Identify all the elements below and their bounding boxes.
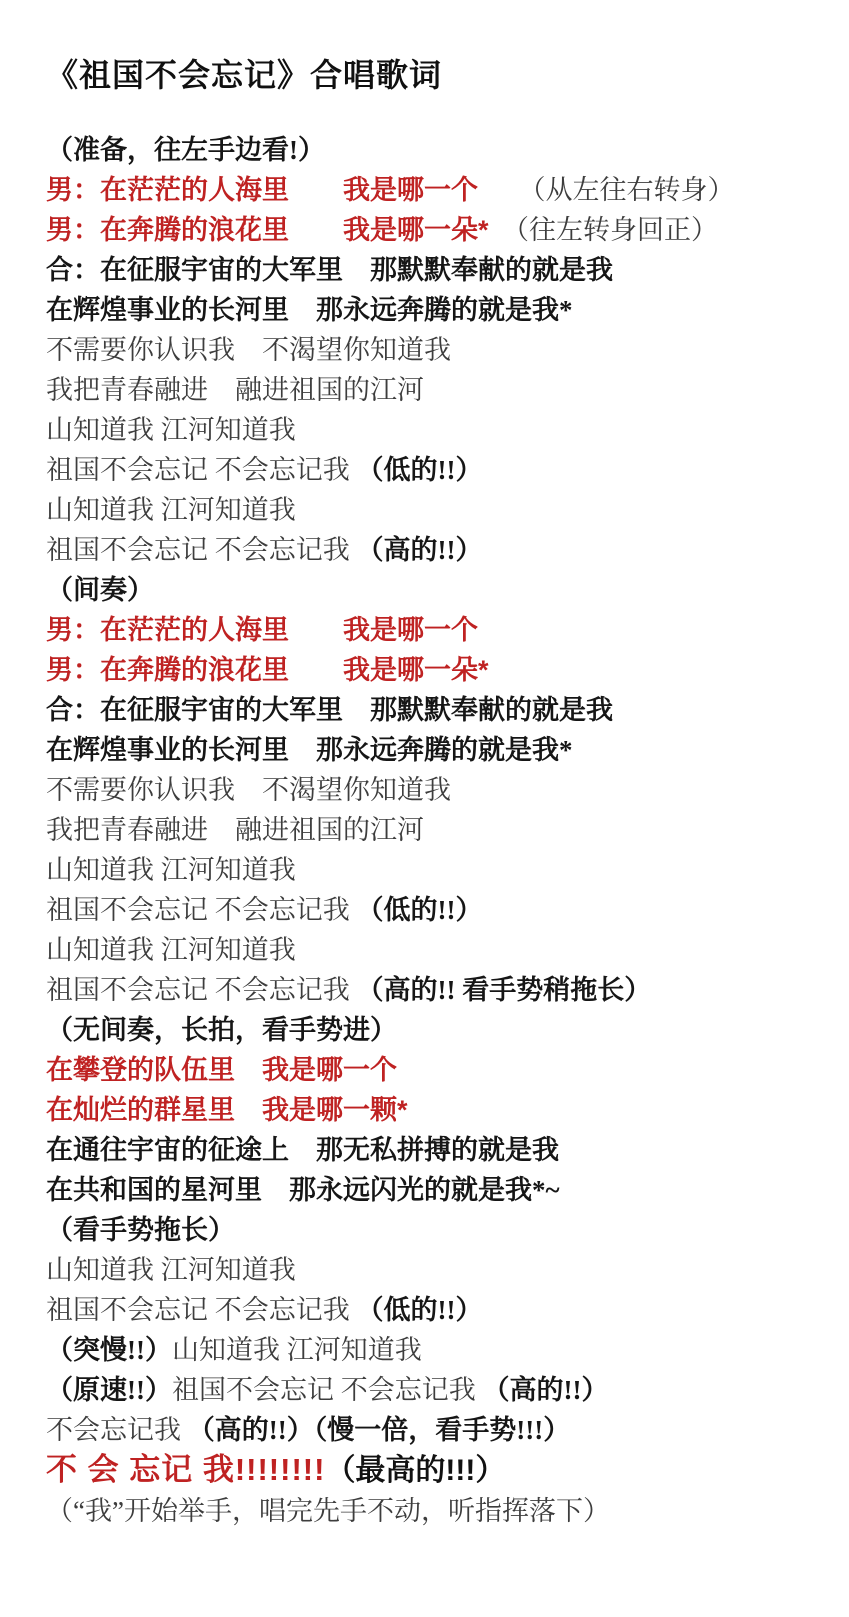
lyric-segment: 不需要你认识我 不渴望你知道我 bbox=[46, 775, 451, 805]
lyric-line: 我把青春融进 融进祖国的江河 bbox=[46, 370, 819, 410]
lyric-segment: 山知道我 江河知道我 bbox=[46, 1255, 296, 1285]
lyric-line: 合：在征服宇宙的大军里 那默默奉献的就是我 bbox=[46, 690, 819, 730]
lyric-line: 山知道我 江河知道我 bbox=[46, 490, 819, 530]
lyric-line: 男：在茫茫的人海里 我是哪一个 bbox=[46, 610, 819, 650]
lyric-segment: （低的!!） bbox=[357, 455, 483, 485]
lyric-line: 山知道我 江河知道我 bbox=[46, 1250, 819, 1290]
lyric-segment: 在辉煌事业的长河里 那永远奔腾的就是我* bbox=[46, 295, 573, 325]
lyric-segment: （从左往右转身） bbox=[478, 175, 735, 205]
lyric-segment: 合：在征服宇宙的大军里 那默默奉献的就是我 bbox=[46, 255, 613, 285]
lyric-segment: 男：在茫茫的人海里 我是哪一个 bbox=[46, 615, 478, 645]
lyric-segment: 祖国不会忘记 不会忘记我 bbox=[46, 535, 357, 565]
lyric-line: 我把青春融进 融进祖国的江河 bbox=[46, 810, 819, 850]
lyric-segment: 山知道我 江河知道我 bbox=[46, 495, 296, 525]
lyric-segment: 山知道我 江河知道我 bbox=[46, 415, 296, 445]
lyric-segment: 男：在茫茫的人海里 我是哪一个 bbox=[46, 175, 478, 205]
lyric-line: 祖国不会忘记 不会忘记我 （高的!!） bbox=[46, 530, 819, 570]
lyric-segment: （高的!!） bbox=[482, 1375, 608, 1405]
lyric-segment: 在辉煌事业的长河里 那永远奔腾的就是我* bbox=[46, 735, 573, 765]
lyric-line: 山知道我 江河知道我 bbox=[46, 930, 819, 970]
lyric-line: （看手势拖长） bbox=[46, 1210, 819, 1250]
lyric-line: 在辉煌事业的长河里 那永远奔腾的就是我* bbox=[46, 730, 819, 770]
lyric-segment: 祖国不会忘记 不会忘记我 bbox=[46, 455, 357, 485]
lyrics-body: （准备，往左手边看!）男：在茫茫的人海里 我是哪一个 （从左往右转身）男：在奔腾… bbox=[46, 130, 819, 1531]
lyrics-page: 《祖国不会忘记》合唱歌词 （准备，往左手边看!）男：在茫茫的人海里 我是哪一个 … bbox=[0, 0, 849, 1531]
lyric-segment: （往左转身回正） bbox=[489, 215, 719, 245]
lyric-segment: （准备，往左手边看!） bbox=[46, 135, 325, 165]
lyric-segment: （间奏） bbox=[46, 575, 154, 605]
lyric-segment: （高的!!）（慢一倍，看手势!!!） bbox=[188, 1415, 570, 1445]
lyric-line: （“我”开始举手，唱完先手不动，听指挥落下） bbox=[46, 1491, 819, 1531]
lyric-line: （无间奏，长拍，看手势进） bbox=[46, 1010, 819, 1050]
lyric-segment: 在灿烂的群星里 我是哪一颗* bbox=[46, 1095, 408, 1125]
lyric-segment: 不会忘记我 bbox=[46, 1415, 188, 1445]
lyric-line: 祖国不会忘记 不会忘记我 （低的!!） bbox=[46, 450, 819, 490]
lyric-line: 在灿烂的群星里 我是哪一颗* bbox=[46, 1090, 819, 1130]
lyric-segment: （低的!!） bbox=[357, 1295, 483, 1325]
lyric-segment: （原速!!） bbox=[46, 1375, 172, 1405]
lyric-segment: （最高的!!!） bbox=[325, 1454, 505, 1487]
lyric-segment: 山知道我 江河知道我 bbox=[46, 935, 296, 965]
lyric-segment: 不需要你认识我 不渴望你知道我 bbox=[46, 335, 451, 365]
lyric-line: （突慢!!）山知道我 江河知道我 bbox=[46, 1330, 819, 1370]
lyric-segment: （高的!! 看手势稍拖长） bbox=[357, 975, 652, 1005]
lyric-segment: 在共和国的星河里 那永远闪光的就是我*~ bbox=[46, 1175, 560, 1205]
lyric-line: 男：在茫茫的人海里 我是哪一个 （从左往右转身） bbox=[46, 170, 819, 210]
lyric-segment: 我把青春融进 融进祖国的江河 bbox=[46, 375, 424, 405]
lyric-segment: 山知道我 江河知道我 bbox=[46, 855, 296, 885]
lyric-segment: 山知道我 江河知道我 bbox=[172, 1335, 422, 1365]
page-title: 《祖国不会忘记》合唱歌词 bbox=[46, 50, 819, 96]
lyric-segment: （高的!!） bbox=[357, 535, 483, 565]
lyric-line: 在攀登的队伍里 我是哪一个 bbox=[46, 1050, 819, 1090]
lyric-line: 祖国不会忘记 不会忘记我 （低的!!） bbox=[46, 1290, 819, 1330]
lyric-segment: 在通往宇宙的征途上 那无私拼搏的就是我 bbox=[46, 1135, 559, 1165]
lyric-segment: 祖国不会忘记 不会忘记我 bbox=[46, 1295, 357, 1325]
lyric-segment: （“我”开始举手，唱完先手不动，听指挥落下） bbox=[46, 1496, 610, 1526]
lyric-segment: 男：在奔腾的浪花里 我是哪一朵* bbox=[46, 215, 489, 245]
lyric-line: （间奏） bbox=[46, 570, 819, 610]
lyric-line: （原速!!）祖国不会忘记 不会忘记我 （高的!!） bbox=[46, 1370, 819, 1410]
lyric-line: 男：在奔腾的浪花里 我是哪一朵* （往左转身回正） bbox=[46, 210, 819, 250]
lyric-line: 合：在征服宇宙的大军里 那默默奉献的就是我 bbox=[46, 250, 819, 290]
lyric-line: （准备，往左手边看!） bbox=[46, 130, 819, 170]
lyric-line: 不需要你认识我 不渴望你知道我 bbox=[46, 770, 819, 810]
lyric-segment: 在攀登的队伍里 我是哪一个 bbox=[46, 1055, 397, 1085]
lyric-line: 山知道我 江河知道我 bbox=[46, 850, 819, 890]
lyric-line: 在共和国的星河里 那永远闪光的就是我*~ bbox=[46, 1170, 819, 1210]
lyric-segment: （无间奏，长拍，看手势进） bbox=[46, 1015, 397, 1045]
lyric-segment: 我把青春融进 融进祖国的江河 bbox=[46, 815, 424, 845]
lyric-segment: （低的!!） bbox=[357, 895, 483, 925]
lyric-segment: 祖国不会忘记 不会忘记我 bbox=[46, 975, 357, 1005]
lyric-line: 祖国不会忘记 不会忘记我 （高的!! 看手势稍拖长） bbox=[46, 970, 819, 1010]
lyric-segment: 男：在奔腾的浪花里 我是哪一朵* bbox=[46, 655, 489, 685]
lyric-line: 山知道我 江河知道我 bbox=[46, 410, 819, 450]
lyric-segment: （突慢!!） bbox=[46, 1335, 172, 1365]
lyric-line: 不需要你认识我 不渴望你知道我 bbox=[46, 330, 819, 370]
lyric-segment: 不 会 忘记 我!!!!!!!! bbox=[46, 1452, 325, 1487]
lyric-line: 不 会 忘记 我!!!!!!!!（最高的!!!） bbox=[46, 1450, 819, 1491]
lyric-line: 不会忘记我 （高的!!）（慢一倍，看手势!!!） bbox=[46, 1410, 819, 1450]
lyric-line: 在通往宇宙的征途上 那无私拼搏的就是我 bbox=[46, 1130, 819, 1170]
lyric-line: 在辉煌事业的长河里 那永远奔腾的就是我* bbox=[46, 290, 819, 330]
lyric-line: 男：在奔腾的浪花里 我是哪一朵* bbox=[46, 650, 819, 690]
lyric-segment: 祖国不会忘记 不会忘记我 bbox=[46, 895, 357, 925]
lyric-segment: （看手势拖长） bbox=[46, 1215, 235, 1245]
lyric-segment: 合：在征服宇宙的大军里 那默默奉献的就是我 bbox=[46, 695, 613, 725]
lyric-line: 祖国不会忘记 不会忘记我 （低的!!） bbox=[46, 890, 819, 930]
lyric-segment: 祖国不会忘记 不会忘记我 bbox=[172, 1375, 483, 1405]
